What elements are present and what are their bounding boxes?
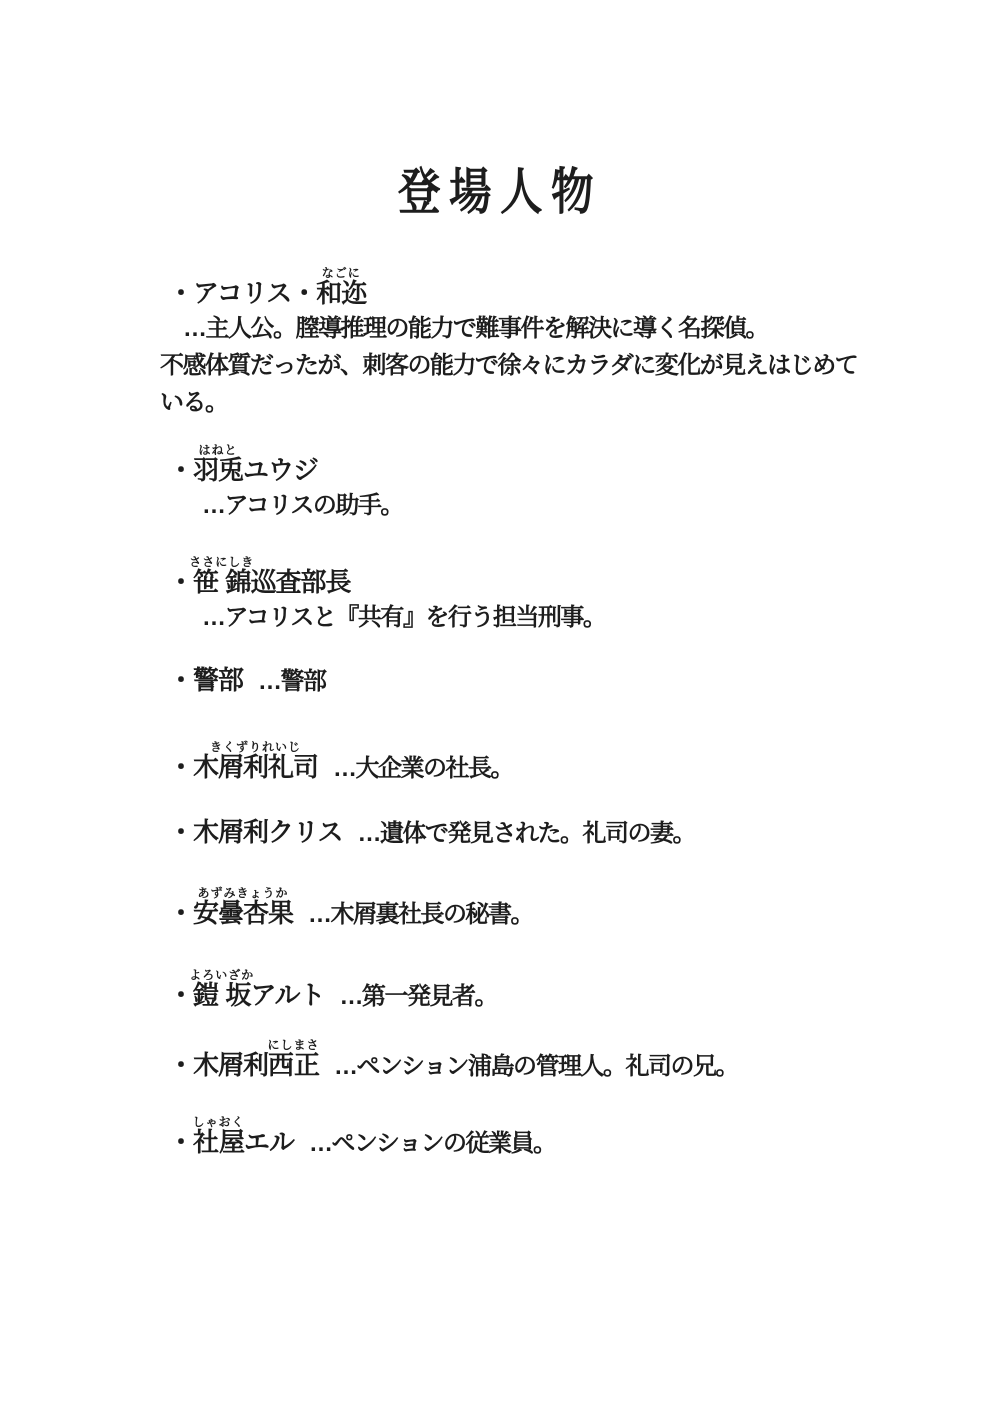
- character-desc: …アコリスの助手。: [160, 487, 875, 524]
- bullet-marker: ・: [168, 817, 193, 847]
- character-desc-inline: …第一発見者。: [340, 983, 498, 1010]
- page-title: 登場人物: [75, 164, 925, 220]
- character-entry-yoroizaka: ・鎧坂よろいざかアルト…第一発見者。: [160, 968, 875, 1014]
- name-ruby: 西正にしまさ: [268, 1050, 319, 1080]
- name-ruby: 鎧坂よろいざか: [193, 980, 251, 1010]
- character-name-line: ・安曇杏果あずみきょうか…木屑裏社長の秘書。: [160, 886, 875, 932]
- name-text-post: 巡査部長: [251, 567, 351, 597]
- character-name-line: ・木屑利礼司きくずりれいじ…大企業の社長。: [160, 740, 875, 786]
- character-entry-acoris: ・アコリス・和迩なごに …主人公。膣導推理の能力で難事件を解決に導く名探偵。 不…: [160, 266, 875, 421]
- character-entry-keibu: ・警部…警部: [160, 663, 875, 699]
- name-ruby: 笹錦ささにしき: [193, 567, 251, 597]
- name-ruby: 木屑利礼司きくずりれいじ: [193, 752, 318, 782]
- ruby-furigana: にしまさ: [268, 1038, 320, 1052]
- character-name-line: ・社屋しゃおくエル…ペンションの従業員。: [160, 1115, 875, 1161]
- name-text-post: アルト: [251, 980, 325, 1010]
- name-ruby: 社屋しゃおく: [193, 1127, 244, 1157]
- character-entry-kikuzuri-chris: ・木屑利クリス…遺体で発見された。礼司の妻。: [160, 815, 875, 851]
- character-entry-kikuzuri-reiji: ・木屑利礼司きくずりれいじ…大企業の社長。: [160, 740, 875, 786]
- character-desc-inline: …大企業の社長。: [333, 755, 513, 782]
- character-intro-page: 登場人物 ・アコリス・和迩なごに …主人公。膣導推理の能力で難事件を解決に導く名…: [0, 0, 1000, 1412]
- ruby-base: 鎧坂: [189, 980, 254, 1010]
- character-desc-inline: …木屑裏社長の秘書。: [308, 901, 533, 928]
- character-name-line: ・鎧坂よろいざかアルト…第一発見者。: [160, 968, 875, 1014]
- character-name-line: ・警部…警部: [160, 663, 875, 699]
- bullet-marker: ・: [168, 898, 193, 928]
- character-name-line: ・木屑利西正にしまさ…ペンション浦島の管理人。礼司の兄。: [160, 1038, 875, 1084]
- ruby-furigana: しゃおく: [193, 1115, 245, 1129]
- name-text: アコリス・: [193, 278, 316, 308]
- bullet-marker: ・: [168, 665, 193, 695]
- ruby-furigana: きくずりれいじ: [193, 740, 318, 754]
- character-name-line: ・羽兎はねとユウジ: [160, 443, 875, 487]
- bullet-marker: ・: [168, 1050, 193, 1080]
- character-desc-line1: …主人公。膣導推理の能力で難事件を解決に導く名探偵。: [160, 310, 875, 347]
- name-text: 警部: [193, 665, 243, 695]
- character-desc-line2: 不感体質だったが、刺客の能力で徐々にカラダに変化が見えはじめている。: [160, 347, 875, 421]
- character-entry-sasanishiki: ・笹錦ささにしき巡査部長 …アコリスと『共有』を行う担当刑事。: [160, 555, 875, 636]
- name-ruby: 安曇杏果あずみきょうか: [193, 898, 293, 928]
- ruby-base: 社屋: [193, 1127, 245, 1157]
- ruby-furigana: よろいざか: [189, 968, 254, 982]
- name-text-post: エル: [244, 1127, 294, 1157]
- bullet-marker: ・: [168, 278, 193, 308]
- character-desc: …アコリスと『共有』を行う担当刑事。: [160, 599, 875, 636]
- name-text-post: ユウジ: [243, 455, 318, 485]
- name-text: 木屑利クリス: [193, 817, 342, 847]
- character-entry-azumi: ・安曇杏果あずみきょうか…木屑裏社長の秘書。: [160, 886, 875, 932]
- ruby-base: 笹錦: [189, 567, 254, 597]
- character-name-line: ・アコリス・和迩なごに: [160, 266, 875, 310]
- ruby-furigana: ささにしき: [189, 555, 254, 569]
- bullet-marker: ・: [168, 1127, 193, 1157]
- character-desc-inline: …遺体で発見された。礼司の妻。: [358, 820, 696, 847]
- ruby-furigana: あずみきょうか: [193, 886, 293, 900]
- character-name-line: ・木屑利クリス…遺体で発見された。礼司の妻。: [160, 815, 875, 851]
- ruby-furigana: はねと: [193, 443, 243, 457]
- character-desc-inline: …ペンションの従業員。: [309, 1130, 555, 1157]
- character-entry-kikuzuri-nishimasa: ・木屑利西正にしまさ…ペンション浦島の管理人。礼司の兄。: [160, 1038, 875, 1084]
- character-name-line: ・笹錦ささにしき巡査部長: [160, 555, 875, 599]
- name-ruby: 和迩なごに: [316, 278, 366, 308]
- bullet-marker: ・: [168, 455, 193, 485]
- ruby-base: 羽兎: [193, 455, 243, 485]
- bullet-marker: ・: [168, 752, 193, 782]
- ruby-base: 安曇杏果: [193, 898, 293, 928]
- character-entry-shaoku: ・社屋しゃおくエル…ペンションの従業員。: [160, 1115, 875, 1161]
- ruby-base: 西正: [268, 1050, 320, 1080]
- name-text: 木屑利: [193, 1050, 268, 1080]
- ruby-furigana: なごに: [316, 266, 366, 280]
- ruby-base: 木屑利礼司: [193, 752, 318, 782]
- name-ruby: 羽兎はねと: [193, 455, 243, 485]
- character-entry-haneto: ・羽兎はねとユウジ …アコリスの助手。: [160, 443, 875, 524]
- ruby-base: 和迩: [316, 278, 366, 308]
- character-desc-inline: …ペンション浦島の管理人。礼司の兄。: [334, 1053, 738, 1080]
- character-desc-inline: …警部: [258, 668, 326, 695]
